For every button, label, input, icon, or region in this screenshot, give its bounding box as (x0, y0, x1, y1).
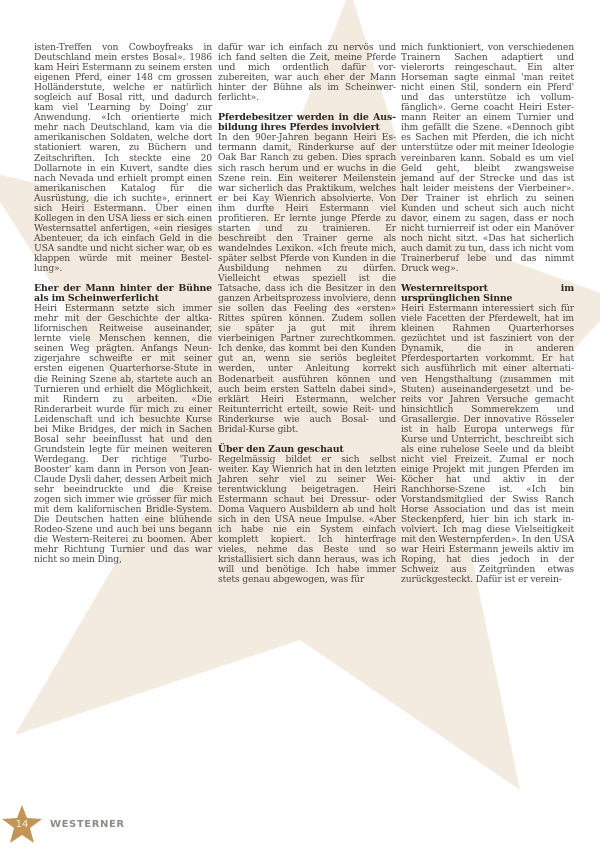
paragraph: In den 90er-Jahren begann Heiri Es­terma… (218, 133, 396, 434)
article-column-1: isten-Treffen von Cowboyfreaks in Deutsc… (34, 43, 212, 565)
paragraph: Heiri Estermann interessiert sich für vi… (401, 304, 574, 585)
paragraph: dafür war ich einfach zu nervös und ich … (218, 43, 396, 103)
magazine-brand: WESTERNER (50, 819, 125, 830)
page-footer: 14 WESTERNER (0, 800, 600, 848)
paragraph: Regelmässig bildet er sich selbst weiter… (218, 455, 396, 586)
section-heading: Eher der Mann hinter der Bühne als im Sc… (34, 284, 212, 304)
page-number: 14 (11, 819, 33, 830)
article-column-3: mich funktioniert, von verschiede­nen Tr… (401, 43, 574, 585)
section-heading: Westernreitsport im ursprünglichen Sinne (401, 284, 574, 304)
section-heading: Pferdebesitzer werden in die Aus­bildung… (218, 113, 396, 133)
paragraph: mich funktioniert, von verschiede­nen Tr… (401, 43, 574, 274)
paragraph: isten-Treffen von Cowboyfreaks in Deutsc… (34, 43, 212, 274)
article-column-2: dafür war ich einfach zu nervös und ich … (218, 43, 396, 585)
paragraph: Heiri Estermann setzte sich immer mehr m… (34, 304, 212, 565)
